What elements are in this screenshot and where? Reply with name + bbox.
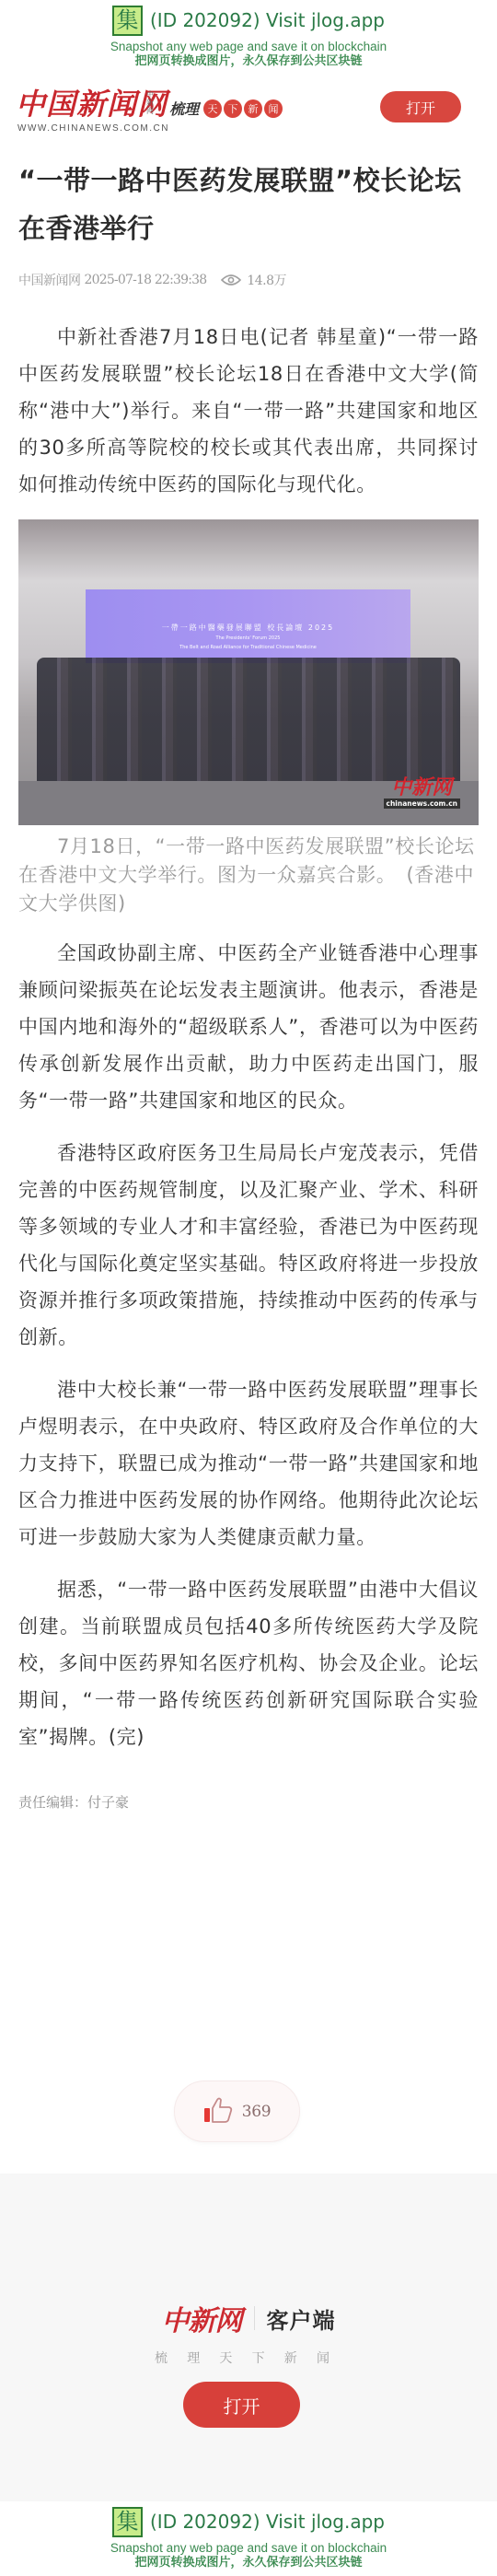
site-header: 中国新闻网 中新网 WWW.CHINANEWS.COM.CN 梳理 天 下 新 …: [0, 77, 497, 138]
paragraph: 全国政协副主席、中医药全产业链香港中心理事兼顾问梁振英在论坛发表主题演讲。他表示…: [18, 935, 479, 1119]
like-button[interactable]: 369: [174, 2081, 300, 2142]
paragraph: 据悉，“一带一路中医药发展联盟”由港中大倡议创建。当前联盟成员包括40多所传统医…: [18, 1571, 479, 1755]
jlog-subtitle-cn: 把网页转换成图片，永久保存到公共区块链: [0, 54, 497, 69]
tagline-char: 闻: [317, 2349, 329, 2367]
thumbs-up-icon: [203, 2097, 233, 2127]
jlog-subtitle-cn: 把网页转换成图片，永久保存到公共区块链: [0, 2556, 497, 2570]
jlog-banner-top: 集 (ID 202092) Visit jlog.app Snapshot an…: [0, 0, 497, 76]
view-count: 14.8万: [247, 271, 286, 289]
article-source: 中国新闻网: [18, 271, 81, 289]
slogan-char: 新: [244, 99, 262, 118]
tagline-char: 下: [252, 2349, 265, 2367]
responsible-editor: 责任编辑：付子豪: [18, 1792, 479, 1812]
jlog-subtitle-en: Snapshot any web page and save it on blo…: [0, 2541, 497, 2556]
slogan-char: 天: [203, 99, 222, 118]
tagline-char: 梳: [155, 2349, 168, 2367]
article: “一带一路中医药发展联盟”校长论坛在香港举行 中国新闻网 2025-07-18 …: [18, 157, 479, 1812]
paragraph: 香港特区政府医务卫生局局长卢宠茂表示，凭借完善的中医药规管制度，以及汇聚产业、学…: [18, 1135, 479, 1356]
watermark-url: chinanews.com.cn: [384, 798, 460, 809]
slogan: 梳理 天 下 新 闻: [169, 98, 283, 119]
jlog-logo-icon: 集: [112, 2507, 143, 2537]
photo-backdrop-screen: 一帶一路中醫藥發展聯盟 校長論壇 2025 The Presidents' Fo…: [86, 589, 410, 663]
paragraph: 中新社香港7月18日电(记者 韩星童)“一带一路中医药发展联盟”校长论坛18日在…: [18, 319, 479, 503]
app-client-label: 客户端: [267, 2302, 336, 2335]
tagline-char: 新: [284, 2349, 297, 2367]
article-meta: 中国新闻网 2025-07-18 22:39:38 14.8万: [18, 271, 479, 289]
tagline-char: 天: [219, 2349, 232, 2367]
jlog-subtitle-en: Snapshot any web page and save it on blo…: [0, 40, 497, 54]
app-tagline: 梳 理 天 下 新 闻: [155, 2349, 329, 2367]
photo-watermark: 中新网 chinanews.com.cn: [384, 776, 460, 809]
photo-screen-title: 一帶一路中醫藥發展聯盟 校長論壇 2025: [86, 623, 410, 633]
watermark-logo: 中新网: [384, 776, 460, 798]
app-brand: 中新网: [162, 2298, 242, 2338]
jlog-title[interactable]: (ID 202092) Visit jlog.app: [150, 9, 385, 31]
jlog-banner-bottom: 集 (ID 202092) Visit jlog.app Snapshot an…: [0, 2501, 497, 2576]
site-logo[interactable]: 中国新闻网: [16, 88, 168, 120]
slogan-prefix: 梳理: [169, 98, 199, 119]
photo-screen-line: The Belt and Road Alliance for Tradition…: [86, 645, 410, 650]
article-body: 中新社香港7月18日电(记者 韩星童)“一带一路中医药发展联盟”校长论坛18日在…: [18, 319, 479, 1755]
like-count: 369: [242, 2103, 272, 2121]
slogan-char: 闻: [264, 99, 283, 118]
article-datetime: 2025-07-18 22:39:38: [85, 273, 207, 287]
site-url: WWW.CHINANEWS.COM.CN: [17, 123, 169, 134]
jlog-logo-icon: 集: [112, 6, 143, 36]
photo-caption: 7月18日，“一带一路中医药发展联盟”校长论坛在香港中文大学举行。图为一众嘉宾合…: [18, 833, 479, 918]
photo-screen-line: The Presidents' Forum 2025: [86, 635, 410, 641]
slogan-char: 下: [224, 99, 242, 118]
app-promo-logo: 中新网 客户端: [0, 2298, 497, 2338]
site-logo-vertical: 中新网: [146, 90, 156, 115]
open-app-button[interactable]: 打开: [183, 2382, 300, 2428]
divider: [254, 2306, 255, 2330]
eye-icon: [221, 274, 241, 286]
jlog-title[interactable]: (ID 202092) Visit jlog.app: [150, 2511, 385, 2533]
article-photo[interactable]: 一帶一路中醫藥發展聯盟 校長論壇 2025 The Presidents' Fo…: [18, 519, 479, 825]
tagline-char: 理: [187, 2349, 200, 2367]
paragraph: 港中大校长兼“一带一路中医药发展联盟”理事长卢煜明表示，在中央政府、特区政府及合…: [18, 1371, 479, 1556]
open-app-button-header[interactable]: 打开: [380, 91, 461, 122]
app-promo-section: 中新网 客户端 梳 理 天 下 新 闻 打开: [0, 2174, 497, 2501]
article-title: “一带一路中医药发展联盟”校长论坛在香港举行: [18, 157, 479, 252]
